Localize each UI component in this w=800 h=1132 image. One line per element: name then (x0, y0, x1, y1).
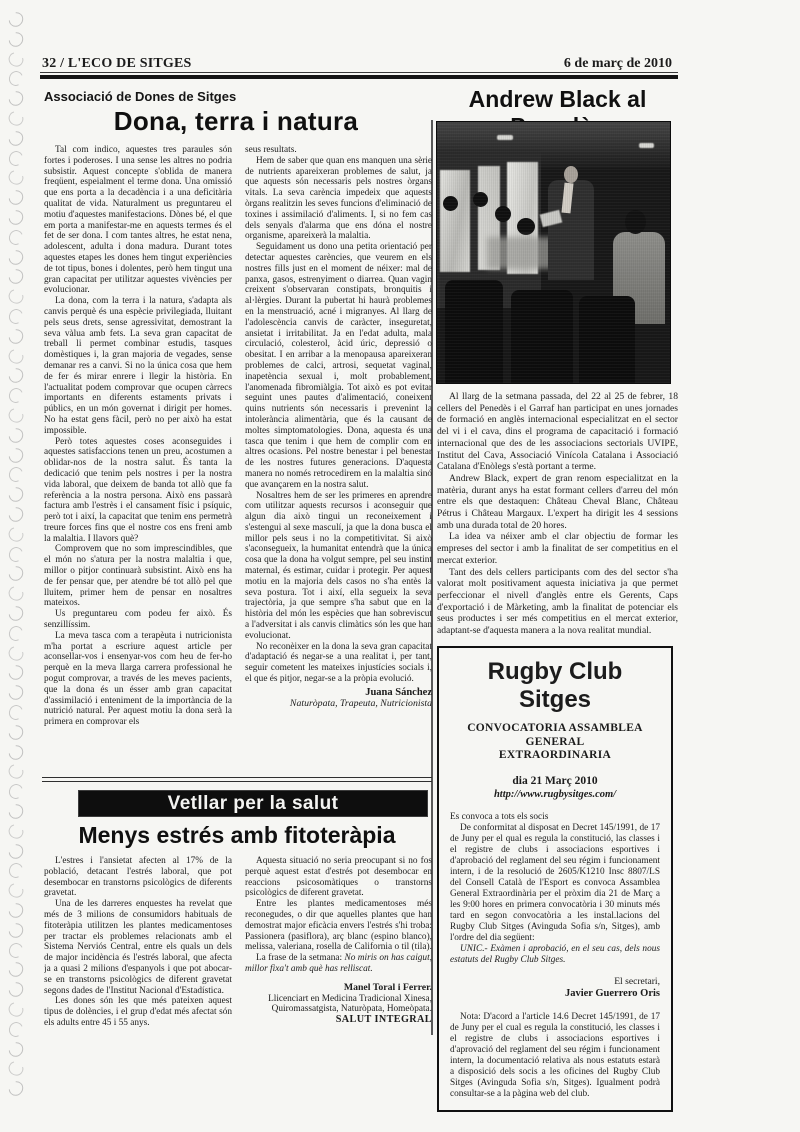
binding-hole (6, 1039, 26, 1059)
rugby-unic-item: UNIC.- Exàmen i aprobació, en el seu cas… (450, 944, 660, 966)
paragraph: Tant des dels cellers participants com d… (437, 567, 678, 637)
dona-column-1: Tal com indico, aquestes tres paraules s… (44, 145, 232, 777)
binding-hole (6, 346, 26, 366)
frase-label: La frase de la setmana: (256, 953, 345, 963)
paragraph: Andrew Black, expert de gran renom espec… (437, 473, 678, 532)
paragraph: Al llarg de la setmana passada, del 22 a… (437, 391, 678, 473)
binding-hole (6, 722, 26, 742)
dona-column-2: seus resultats. Hem de saber que quan en… (245, 145, 432, 777)
binding-hole (6, 762, 26, 782)
header-rule-thick (40, 75, 678, 79)
binding-hole (6, 29, 26, 49)
rugby-subtitle: CONVOCATORIA ASSAMBLEA GENERAL EXTRAORDI… (450, 722, 660, 763)
paragraph: Però totes aquestes coses aconseguides i… (44, 437, 232, 545)
binding-hole (6, 425, 26, 445)
binding-hole (7, 545, 25, 564)
salut-banner: Vetllar per la salut (78, 790, 428, 817)
paragraph: Comprovem que no som imprescindibles, qu… (44, 544, 232, 609)
binding-hole (7, 1020, 25, 1039)
binding-hole (6, 366, 26, 386)
binding-hole (6, 742, 26, 762)
paragraph: L'estres i l'ansietat afecten al 17% de … (44, 856, 232, 899)
binding-hole (6, 504, 26, 524)
binding-hole (6, 267, 26, 287)
binding-hole (6, 9, 26, 29)
binding-hole (7, 782, 25, 801)
author-role: Naturòpata, Trapeuta, Nutricionista (245, 699, 432, 710)
binding-hole (6, 187, 26, 207)
section-rule-top (42, 777, 432, 778)
fito-column-2: Aquesta situació no seria preocupant si … (245, 856, 432, 1066)
binding-hole (7, 69, 25, 88)
paragraph: seus resultats. (245, 145, 432, 156)
paragraph: Entre les plantes medicamentoses més rec… (245, 899, 432, 953)
rugby-url: http://www.rugbysitges.com/ (450, 789, 660, 800)
binding-hole (6, 1078, 26, 1098)
binding-hole (7, 465, 25, 484)
paragraph: La idea va néixer amb el clar objectiu d… (437, 531, 678, 566)
author-organization: SALUT INTEGRAL (245, 1015, 432, 1026)
rugby-signature: El secretari, Javier Guerrero Oris (450, 976, 660, 1000)
dona-headline: Dona, terra i natura (42, 106, 430, 137)
binding-hole (7, 386, 25, 405)
binding-hole (6, 109, 26, 129)
binding-hole (6, 287, 26, 307)
paragraph: Us preguntareu com podeu fer això. És se… (44, 609, 232, 631)
binding-hole (7, 149, 25, 168)
author-name: Manel Toral i Ferrer. (245, 983, 432, 994)
binding-hole (6, 920, 26, 940)
fito-headline: Menys estrés amb fitoteràpia (42, 822, 432, 849)
binding-hole (6, 326, 26, 346)
rugby-body: Es convoca a tots els socis De conformit… (450, 812, 660, 966)
binding-hole (7, 703, 25, 722)
rugby-title: Rugby Club Sitges (450, 658, 660, 714)
fito-column-1: L'estres i l'ansietat afecten al 17% de … (44, 856, 232, 1066)
rugby-announcement-box: Rugby Club Sitges CONVOCATORIA ASSAMBLEA… (437, 646, 673, 1112)
paragraph: La dona, com la terra i la natura, s'ada… (44, 296, 232, 436)
paragraph: Seguidament us dono una petita orientaci… (245, 242, 432, 490)
binding-hole (7, 941, 25, 960)
binding-hole (6, 881, 26, 901)
paragraph: No reconèixer en la dona la seva gran ca… (245, 642, 432, 685)
salut-banner-label: Vetllar per la salut (168, 793, 339, 815)
masthead-page-number: 32 / L'ECO DE SITGES (42, 56, 192, 72)
paragraph: Es convoca a tots els socis (450, 812, 660, 823)
frase-de-la-setmana: La frase de la setmana: No miris on has … (245, 953, 432, 975)
binding-hole (6, 128, 26, 148)
binding-hole (6, 900, 26, 920)
secretary-name: Javier Guerrero Oris (565, 988, 660, 999)
binding-hole (6, 960, 26, 980)
paragraph: Tal com indico, aquestes tres paraules s… (44, 145, 232, 296)
binding-hole (7, 228, 25, 247)
binding-hole (6, 247, 26, 267)
binding-hole (6, 168, 26, 188)
rugby-subtitle-line1: CONVOCATORIA ASSAMBLEA GENERAL (467, 722, 643, 748)
seminar-photo (437, 122, 670, 383)
author-credential: Llicenciart en Medicina Tradicional Xine… (245, 994, 432, 1005)
binding-hole (6, 1059, 26, 1079)
binding-hole (6, 663, 26, 683)
andrew-article: Al llarg de la setmana passada, del 22 a… (437, 391, 678, 643)
binding-hole (6, 682, 26, 702)
section-rule-bottom (42, 781, 432, 782)
binding-hole (6, 88, 26, 108)
paragraph: Hem de saber que quan ens manquen una sè… (245, 156, 432, 242)
dona-signature: Juana Sánchez Naturòpata, Trapeuta, Nutr… (245, 688, 432, 710)
binding-hole (7, 624, 25, 643)
paragraph: Nosaltres hem de ser les primeres en apr… (245, 491, 432, 642)
spiral-binding (0, 0, 36, 1132)
issue-date: 6 de març de 2010 (564, 56, 672, 72)
binding-hole (6, 207, 26, 227)
binding-hole (6, 643, 26, 663)
binding-hole (6, 484, 26, 504)
binding-hole (6, 603, 26, 623)
secretary-label: El secretari, (614, 976, 660, 987)
binding-hole (6, 979, 26, 999)
binding-hole (6, 524, 26, 544)
photo-grain (437, 122, 670, 383)
binding-hole (6, 841, 26, 861)
binding-hole (6, 564, 26, 584)
rugby-date: dia 21 Març 2010 (450, 775, 660, 787)
paragraph: De conformitat al disposat en Decret 145… (450, 823, 660, 944)
fito-signature: Manel Toral i Ferrer. Llicenciart en Med… (245, 983, 432, 1026)
binding-hole (6, 49, 26, 69)
paragraph: Nota: D'acord a l'article 14.6 Decret 14… (450, 1012, 660, 1100)
binding-hole (7, 861, 25, 880)
header-rule-thin (40, 72, 678, 73)
binding-hole (7, 307, 25, 326)
rugby-note: Nota: D'acord a l'article 14.6 Decret 14… (450, 1012, 660, 1100)
binding-hole (6, 406, 26, 426)
paragraph: Aquesta situació no seria preocupant si … (245, 856, 432, 899)
binding-hole (6, 821, 26, 841)
paragraph: Una de les darreres enquestes ha revelat… (44, 899, 232, 996)
paragraph: Les dones són les que més pateixen aques… (44, 996, 232, 1028)
binding-hole (6, 445, 26, 465)
binding-hole (6, 1000, 26, 1020)
paragraph: La meva tasca com a terapèuta i nutricio… (44, 631, 232, 728)
binding-hole (6, 584, 26, 604)
dona-kicker: Associació de Dones de Sitges (44, 89, 236, 104)
rugby-subtitle-line2: EXTRAORDINARIA (499, 749, 611, 761)
binding-hole (6, 801, 26, 821)
